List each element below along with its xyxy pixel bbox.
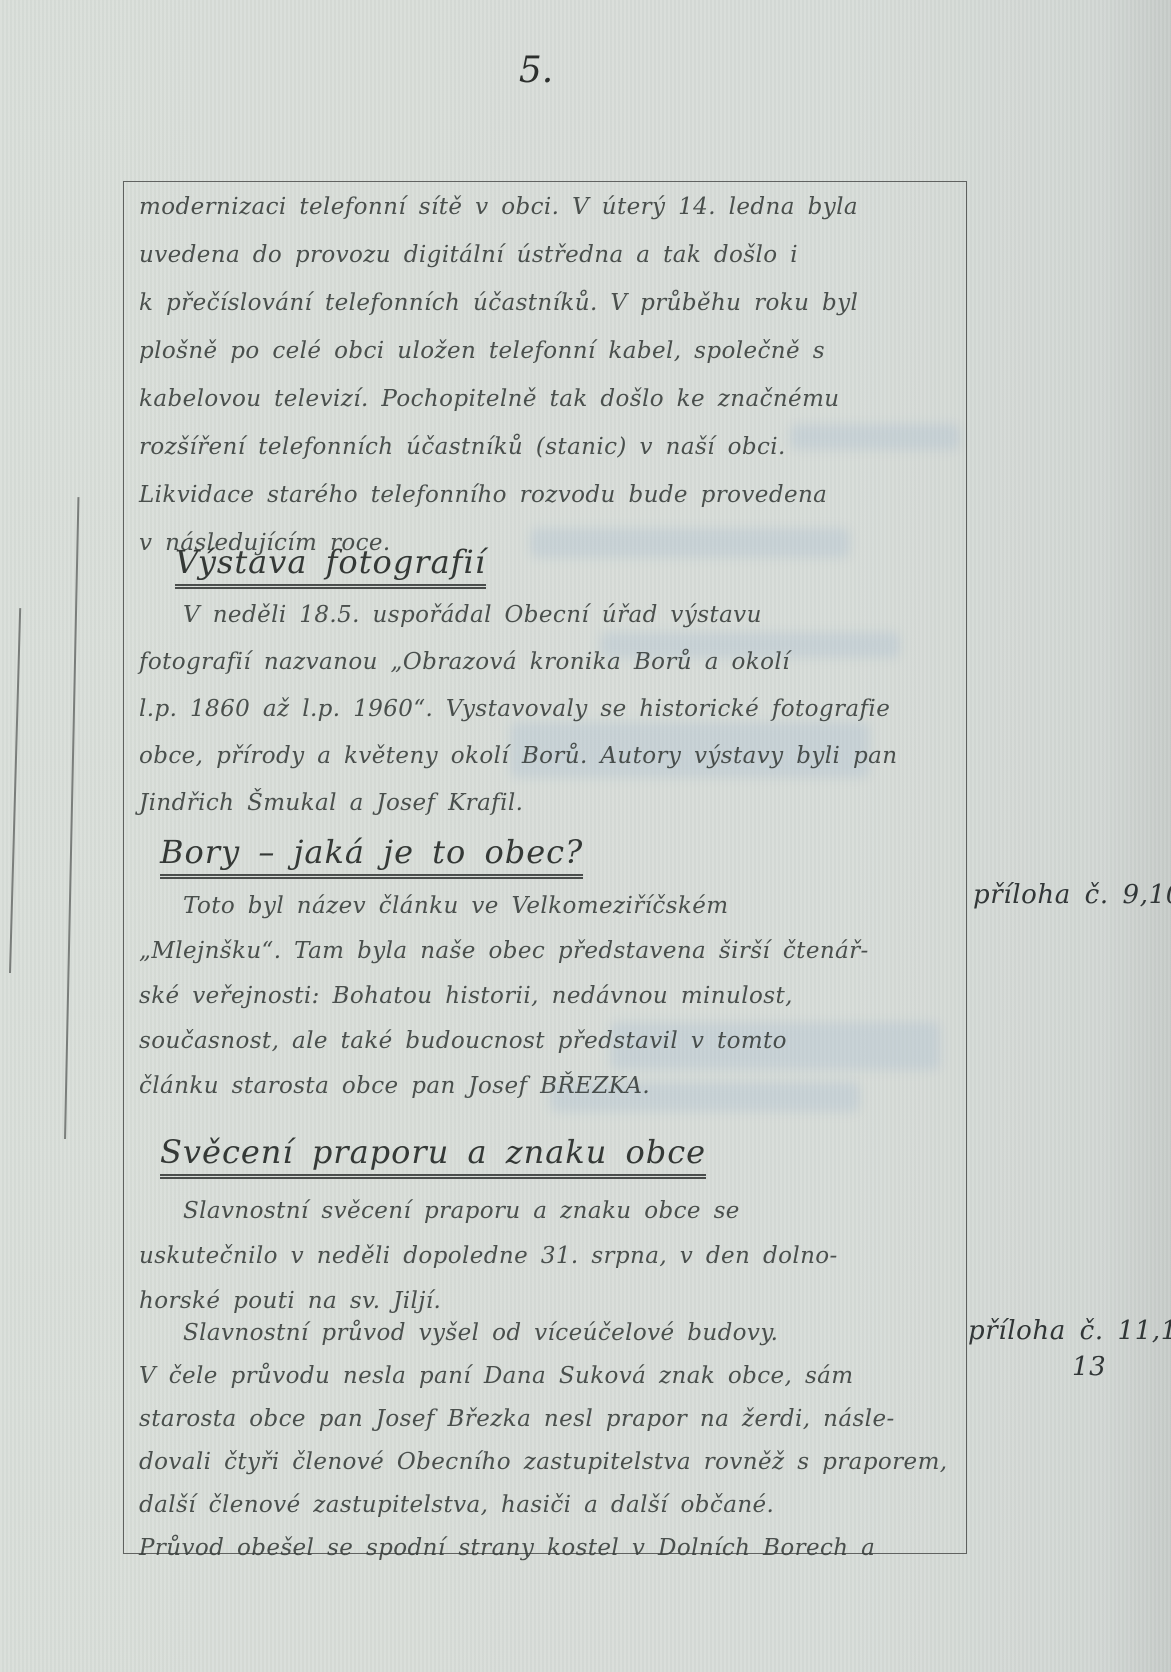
paragraph-telephone-modernization: modernizaci telefonní sítě v obci. V úte… [139,183,858,567]
text-line: starosta obce pan Josef Březka nesl prap… [139,1398,948,1441]
text-line: k přečíslování telefonních účastníků. V … [139,279,858,327]
text-line: Likvidace starého telefonního rozvodu bu… [139,471,858,519]
text-line: současnost, ale také budoucnost představ… [139,1019,869,1064]
text-line: fotografií nazvanou „Obrazová kronika Bo… [139,639,897,686]
text-line: V neděli 18.5. uspořádal Obecní úřad výs… [139,592,897,639]
heading-flag-consecration: Svěcení praporu a znaku obce [160,1133,706,1179]
text-line: modernizaci telefonní sítě v obci. V úte… [139,183,858,231]
page-number: 5. [496,50,576,91]
margin-note-appendix-11-12: příloha č. 11,12, [968,1316,1171,1346]
paragraph-flag-consecration-intro: Slavnostní svěcení praporu a znaku obce … [139,1189,838,1324]
text-line: Jindřich Šmukal a Josef Krafil. [139,780,897,827]
paragraph-photo-exhibition: V neděli 18.5. uspořádal Obecní úřad výs… [139,592,897,827]
text-line: ské veřejnosti: Bohatou historii, nedávn… [139,974,869,1019]
text-line: uvedena do provozu digitální ústředna a … [139,231,858,279]
text-line: Průvod obešel se spodní strany kostel v … [139,1527,948,1570]
text-line: „Mlejnšku“. Tam byla naše obec představe… [139,929,869,974]
chronicle-page-scan: 5. modernizaci telefonní sítě v obci. V … [0,0,1171,1672]
heading-photo-exhibition: Výstava fotografií [175,543,486,589]
heading-bory-article: Bory – jaká je to obec? [160,833,583,879]
margin-note-appendix-13: 13 [1072,1352,1106,1382]
text-line: článku starosta obce pan Josef BŘEZKA. [139,1064,869,1109]
text-line: kabelovou televizí. Pochopitelně tak doš… [139,375,858,423]
text-line: l.p. 1860 až l.p. 1960“. Vystavovaly se … [139,686,897,733]
paragraph-procession: Slavnostní průvod vyšel od víceúčelové b… [139,1312,948,1570]
text-line: Slavnostní průvod vyšel od víceúčelové b… [139,1312,948,1355]
text-line: Toto byl název článku ve Velkomeziříčské… [139,884,869,929]
margin-note-appendix-9-10: příloha č. 9,10 [973,880,1171,910]
text-line: rozšíření telefonních účastníků (stanic)… [139,423,858,471]
text-line: uskutečnilo v neděli dopoledne 31. srpna… [139,1234,838,1279]
text-line: obce, přírody a květeny okolí Borů. Auto… [139,733,897,780]
margin-guideline-outer [9,608,21,973]
text-line: plošně po celé obci uložen telefonní kab… [139,327,858,375]
margin-guideline-inner [64,497,79,1139]
text-line: dovali čtyři členové Obecního zastupitel… [139,1441,948,1484]
paragraph-bory-article: Toto byl název článku ve Velkomeziříčské… [139,884,869,1109]
text-line: Slavnostní svěcení praporu a znaku obce … [139,1189,838,1234]
text-line: další členové zastupitelstva, hasiči a d… [139,1484,948,1527]
text-line: V čele průvodu nesla paní Dana Suková zn… [139,1355,948,1398]
